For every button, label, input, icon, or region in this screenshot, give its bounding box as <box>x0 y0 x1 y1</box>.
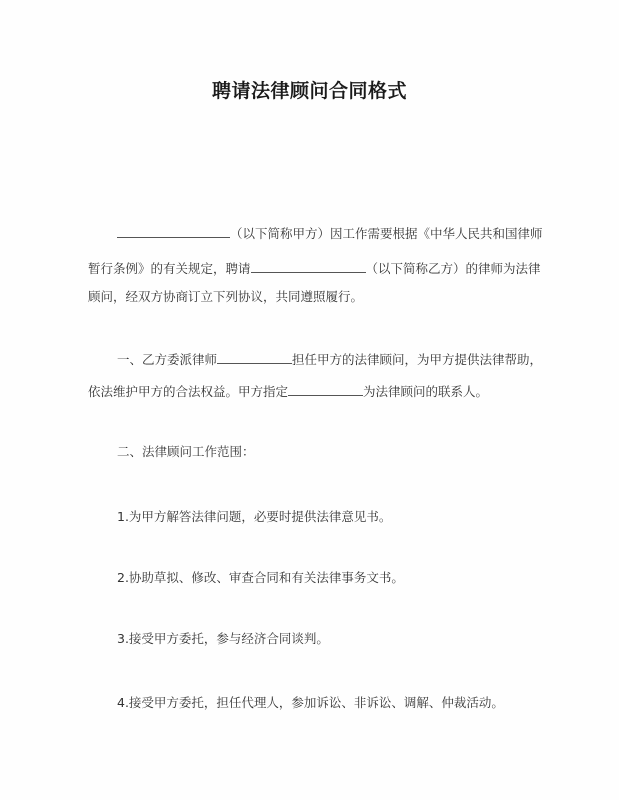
preamble-line-1-text: （以下简称甲方）因工作需要根据《中华人民共和国律师 <box>230 226 543 241</box>
section1-line-1-text-a: 一、乙方委派律师 <box>117 352 217 367</box>
preamble-line-2: 暂行条例》的有关规定，聘请（以下简称乙方）的律师为法律 <box>88 259 541 277</box>
section1-line-2-text-a: 依法维护甲方的合法权益。甲方指定 <box>88 384 288 399</box>
scope-item-2: 2.协助草拟、修改、审查合同和有关法律事务文书。 <box>117 570 404 586</box>
document-page: 聘请法律顾问合同格式 （以下简称甲方）因工作需要根据《中华人民共和国律师 暂行条… <box>0 0 619 800</box>
document-title: 聘请法律顾问合同格式 <box>0 76 619 103</box>
section1-line-2: 依法维护甲方的合法权益。甲方指定为法律顾问的联系人。 <box>88 382 488 400</box>
preamble-line-1: （以下简称甲方）因工作需要根据《中华人民共和国律师 <box>117 224 543 242</box>
section1-line-2-text-b: 为法律顾问的联系人。 <box>363 384 488 399</box>
scope-item-3: 3.接受甲方委托，参与经济合同谈判。 <box>117 631 329 647</box>
section1-line-1: 一、乙方委派律师担任甲方的法律顾问，为甲方提供法律帮助， <box>117 350 542 368</box>
preamble-line-3: 顾问，经双方协商订立下列协议，共同遵照履行。 <box>88 289 363 305</box>
party-b-name-blank[interactable] <box>251 259 366 273</box>
scope-item-4: 4.接受甲方委托，担任代理人，参加诉讼、非诉讼、调解、仲裁活动。 <box>117 695 504 711</box>
preamble-line-2-text-a: 暂行条例》的有关规定，聘请 <box>88 261 251 276</box>
contact-person-blank[interactable] <box>288 382 363 396</box>
preamble-line-2-text-b: （以下简称乙方）的律师为法律 <box>366 261 541 276</box>
lawyer-name-blank[interactable] <box>217 350 292 364</box>
section2-heading: 二、法律顾问工作范围： <box>117 444 255 460</box>
scope-item-1: 1.为甲方解答法律问题，必要时提供法律意见书。 <box>117 509 391 525</box>
party-a-name-blank[interactable] <box>117 224 230 238</box>
section1-line-1-text-b: 担任甲方的法律顾问，为甲方提供法律帮助， <box>292 352 542 367</box>
